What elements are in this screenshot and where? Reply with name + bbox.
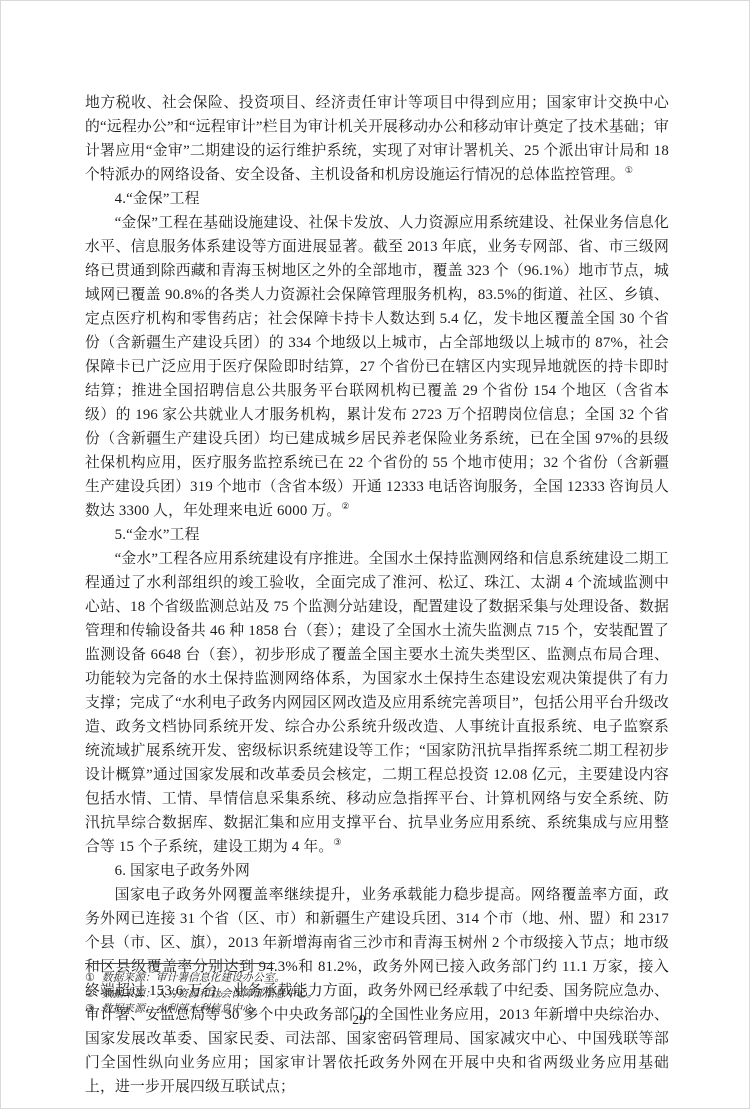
footnote-separator: [85, 963, 275, 964]
footnote-1: ①数据来源：审计署信息化建设办公室。: [85, 971, 669, 987]
paragraph-text: “金水”工程各应用系统建设有序推进。全国水土保持监测网络和信息系统建设二期工程通…: [85, 551, 669, 855]
footnote-marker: ②: [85, 988, 95, 1000]
page-body-text: 地方税收、社会保险、投资项目、经济责任审计等项目中得到应用；国家审计交换中心的“…: [85, 91, 669, 1099]
heading-text: 4.“金保”工程: [115, 191, 200, 207]
paragraph-continuation: 地方税收、社会保险、投资项目、经济责任审计等项目中得到应用；国家审计交换中心的“…: [85, 91, 669, 187]
paragraph-text: 地方税收、社会保险、投资项目、经济责任审计等项目中得到应用；国家审计交换中心的“…: [85, 95, 669, 183]
footnote-ref-1: ①: [625, 165, 633, 175]
paragraph-jinshui: “金水”工程各应用系统建设有序推进。全国水土保持监测网络和信息系统建设二期工程通…: [85, 547, 669, 859]
footnote-ref-2: ②: [341, 501, 349, 511]
footnote-2: ②数据来源：人力资源和社会保障部信息中心。: [85, 987, 669, 1003]
heading-text: 6. 国家电子政务外网: [115, 863, 250, 879]
document-page: { "document": { "blocks": [ { "style": "…: [0, 0, 750, 1109]
footnote-text: 数据来源：人力资源和社会保障部信息中心。: [102, 988, 318, 1000]
section-heading-6: 6. 国家电子政务外网: [85, 859, 669, 883]
section-heading-4: 4.“金保”工程: [85, 187, 669, 211]
section-heading-5: 5.“金水”工程: [85, 523, 669, 547]
paragraph-jinbao: “金保”工程在基础设施建设、社保卡发放、人力资源应用系统建设、社保业务信息化水平…: [85, 211, 669, 523]
footnotes-section: ①数据来源：审计署信息化建设办公室。 ②数据来源：人力资源和社会保障部信息中心。…: [85, 963, 669, 1018]
page-number: 29: [1, 1012, 717, 1028]
paragraph-text: “金保”工程在基础设施建设、社保卡发放、人力资源应用系统建设、社保业务信息化水平…: [85, 215, 669, 519]
footnote-marker: ①: [85, 972, 95, 984]
footnote-text: 数据来源：审计署信息化建设办公室。: [102, 972, 286, 984]
heading-text: 5.“金水”工程: [115, 527, 200, 543]
footnote-ref-3: ③: [333, 837, 341, 847]
